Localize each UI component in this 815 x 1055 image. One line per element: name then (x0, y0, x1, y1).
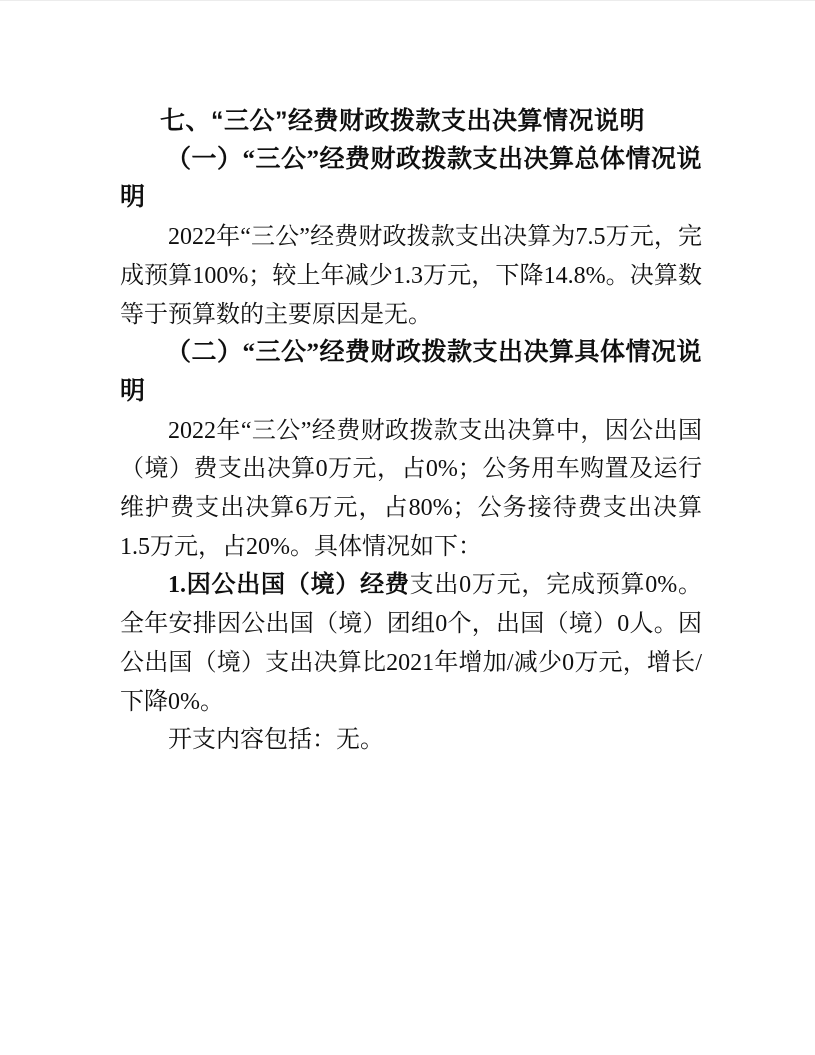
section1-heading: （一）“三公”经费财政拨款支出决算总体情况说明 (120, 141, 702, 218)
document-page: 七、“三公”经费财政拨款支出决算情况说明 （一）“三公”经费财政拨款支出决算总体… (0, 1, 815, 1055)
page-title: 七、“三公”经费财政拨款支出决算情况说明 (120, 102, 702, 141)
section2-heading: （二）“三公”经费财政拨款支出决算具体情况说明 (120, 334, 702, 411)
section1-paragraph: 2022年“三公”经费财政拨款支出决算为7.5万元，完成预算100%；较上年减少… (120, 218, 702, 334)
section2-paragraph: 2022年“三公”经费财政拨款支出决算中，因公出国（境）费支出决算0万元，占0%… (120, 412, 702, 567)
section2-item1-note: 开支内容包括：无。 (120, 721, 702, 760)
section2-item1-paragraph: 1.因公出国（境）经费支出0万元，完成预算0%。全年安排因公出国（境）团组0个，… (120, 566, 702, 721)
document-canvas: { "colors": { "page_background": "#fffff… (0, 0, 815, 1055)
item1-bold-lead: 1.因公出国（境）经费 (168, 572, 410, 598)
